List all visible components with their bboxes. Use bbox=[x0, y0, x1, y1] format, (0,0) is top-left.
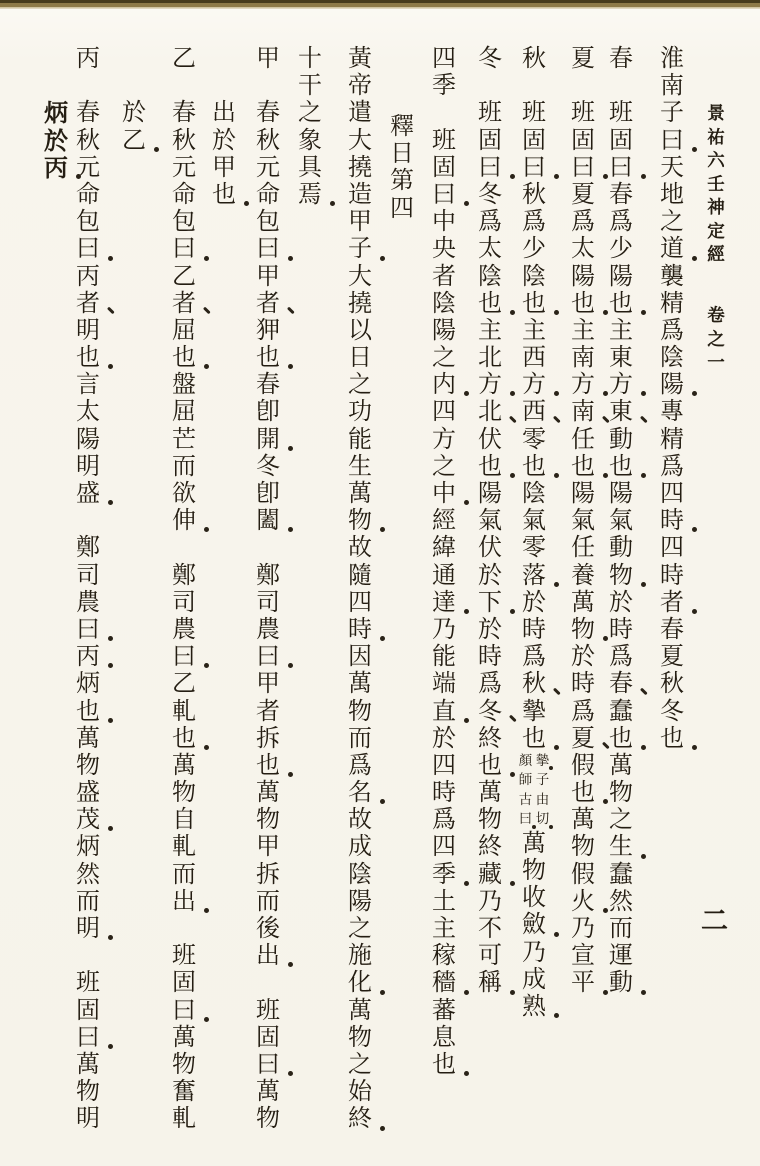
glyph: 太 bbox=[566, 235, 600, 262]
glyph: 然 bbox=[71, 861, 105, 888]
glyph: 曰 bbox=[566, 154, 600, 181]
glyph: 陽 bbox=[566, 480, 600, 507]
glyph: 物 bbox=[517, 857, 551, 884]
glyph: 萬 bbox=[251, 1078, 285, 1105]
glyph: 終 bbox=[473, 725, 507, 752]
reading-dot bbox=[288, 446, 293, 451]
reading-dot bbox=[510, 990, 515, 995]
glyph: 固 bbox=[566, 127, 600, 154]
glyph: 命 bbox=[251, 181, 285, 208]
glyph: 乙 bbox=[117, 127, 151, 154]
glyph: 而 bbox=[251, 888, 285, 915]
reading-dot bbox=[464, 391, 469, 396]
glyph: 時 bbox=[427, 779, 461, 806]
reading-dot bbox=[510, 609, 515, 614]
glyph: 生 bbox=[604, 833, 638, 860]
glyph: 後 bbox=[251, 915, 285, 942]
reading-comma bbox=[287, 307, 294, 314]
glyph: 也 bbox=[71, 344, 105, 371]
glyph: 子 bbox=[343, 235, 377, 262]
glyph: 物 bbox=[343, 1024, 377, 1051]
glyph: 南 bbox=[566, 344, 600, 371]
glyph: 之 bbox=[343, 1051, 377, 1078]
glyph: 曰 bbox=[167, 997, 201, 1024]
glyph: 陽 bbox=[343, 888, 377, 915]
glyph: 爲 bbox=[655, 453, 689, 480]
reading-dot bbox=[204, 908, 209, 913]
glyph: 時 bbox=[655, 507, 689, 534]
glyph: 由 bbox=[534, 791, 551, 811]
glyph: 終 bbox=[343, 1105, 377, 1132]
title-column: 景祐六壬神定經卷之一 bbox=[699, 103, 733, 376]
glyph: 曰 bbox=[167, 643, 201, 670]
glyph: 卷 bbox=[699, 305, 733, 329]
glyph: 秋 bbox=[251, 127, 285, 154]
glyph: 於 bbox=[517, 589, 551, 616]
glyph: 而 bbox=[167, 861, 201, 888]
glyph: 祐 bbox=[699, 127, 733, 151]
glyph: 陰 bbox=[427, 290, 461, 317]
glyph: 甲 bbox=[251, 833, 285, 860]
glyph: 茂 bbox=[71, 806, 105, 833]
glyph: 也 bbox=[473, 290, 507, 317]
glyph: 北 bbox=[473, 398, 507, 425]
column-autumn: 秋班固曰秋爲少陰也主西方西零也陰氣零落於時爲秋摰也摰子由切顏師古曰萬物收斂乃成熟 bbox=[517, 45, 551, 1020]
glyph: 中 bbox=[427, 208, 461, 235]
glyph: 日 bbox=[343, 344, 377, 371]
column-spring: 春班固曰春爲少陽也主東方東動也陽氣動物於時爲春蠢也萬物之生蠢然而運動 bbox=[604, 45, 638, 997]
glyph: 也 bbox=[251, 344, 285, 371]
glyph: 固 bbox=[604, 127, 638, 154]
glyph: 之 bbox=[343, 915, 377, 942]
glyph: 南 bbox=[655, 72, 689, 99]
glyph: 不 bbox=[473, 915, 507, 942]
reading-dot bbox=[380, 636, 385, 641]
reading-comma bbox=[509, 715, 516, 722]
column-gap bbox=[207, 45, 241, 99]
reading-dot bbox=[288, 663, 293, 668]
glyph: 於 bbox=[566, 643, 600, 670]
glyph: 熟 bbox=[517, 993, 551, 1020]
glyph: 氣 bbox=[604, 507, 638, 534]
column-huainanzi: 淮南子曰天地之道襲精爲陰陽專精爲四時四時者春夏秋冬也 bbox=[655, 45, 689, 752]
glyph: 曰 bbox=[655, 127, 689, 154]
glyph: 方 bbox=[566, 371, 600, 398]
glyph: 零 bbox=[517, 534, 551, 561]
column-gap bbox=[517, 72, 551, 99]
glyph: 於 bbox=[427, 725, 461, 752]
glyph: 央 bbox=[427, 235, 461, 262]
glyph: 班 bbox=[71, 969, 105, 996]
glyph: 撓 bbox=[343, 290, 377, 317]
glyph: 氣 bbox=[517, 507, 551, 534]
column-yi: 乙春秋元命包曰乙者屈也盤屈芒而欲伸鄭司農曰乙軋也萬物自軋而出班固曰萬物奮軋 bbox=[167, 45, 201, 1133]
gloss-right-line: 摰子由切 bbox=[534, 752, 551, 830]
glyph: 十 bbox=[293, 45, 327, 72]
glyph: 道 bbox=[655, 235, 689, 262]
glyph: 也 bbox=[517, 453, 551, 480]
glyph: 者 bbox=[251, 698, 285, 725]
reading-dot bbox=[464, 1071, 469, 1076]
glyph: 農 bbox=[251, 616, 285, 643]
column-gap bbox=[699, 268, 733, 306]
glyph: 春 bbox=[251, 99, 285, 126]
glyph: 明 bbox=[71, 915, 105, 942]
glyph: 物 bbox=[251, 806, 285, 833]
glyph: 曰 bbox=[71, 616, 105, 643]
glyph: 任 bbox=[566, 534, 600, 561]
glyph: 班 bbox=[167, 942, 201, 969]
glyph: 曰 bbox=[427, 181, 461, 208]
glyph: 軋 bbox=[167, 833, 201, 860]
glyph: 包 bbox=[167, 208, 201, 235]
glyph: 動 bbox=[604, 969, 638, 996]
column-gap bbox=[251, 969, 285, 996]
reading-dot bbox=[510, 391, 515, 396]
glyph: 乃 bbox=[566, 915, 600, 942]
glyph: 於 bbox=[473, 616, 507, 643]
glyph: 少 bbox=[517, 235, 551, 262]
glyph: 乃 bbox=[473, 888, 507, 915]
glyph: 夏 bbox=[566, 45, 600, 72]
glyph: 少 bbox=[604, 235, 638, 262]
reading-dot bbox=[510, 473, 515, 478]
glyph: 爲 bbox=[343, 752, 377, 779]
glyph: 蠢 bbox=[604, 861, 638, 888]
glyph: 造 bbox=[343, 181, 377, 208]
glyph: 平 bbox=[566, 969, 600, 996]
glyph: 神 bbox=[699, 197, 733, 221]
glyph: 地 bbox=[655, 181, 689, 208]
glyph: 欲 bbox=[167, 480, 201, 507]
glyph: 丙 bbox=[71, 263, 105, 290]
glyph: 時 bbox=[473, 643, 507, 670]
glyph: 命 bbox=[167, 181, 201, 208]
column-gap bbox=[473, 72, 507, 99]
column-gap bbox=[71, 942, 105, 969]
glyph: 於 bbox=[117, 99, 151, 126]
glyph: 冬 bbox=[473, 698, 507, 725]
reading-dot bbox=[380, 1126, 385, 1131]
glyph: 爲 bbox=[473, 208, 507, 235]
glyph: 季 bbox=[427, 861, 461, 888]
reading-dot bbox=[554, 1013, 559, 1018]
column-gap bbox=[167, 915, 201, 942]
reading-dot bbox=[510, 310, 515, 315]
glyph: 開 bbox=[251, 426, 285, 453]
glyph: 也 bbox=[566, 290, 600, 317]
glyph: 西 bbox=[517, 398, 551, 425]
glyph: 名 bbox=[343, 779, 377, 806]
glyph: 曰 bbox=[604, 154, 638, 181]
column-gap bbox=[251, 72, 285, 99]
column-jia-continuation: 出於甲也 bbox=[207, 45, 241, 208]
glyph: 物 bbox=[473, 806, 507, 833]
glyph: 於 bbox=[207, 127, 241, 154]
glyph: 固 bbox=[167, 969, 201, 996]
reading-dot bbox=[464, 718, 469, 723]
glyph: 明 bbox=[71, 1105, 105, 1132]
glyph: 生 bbox=[343, 453, 377, 480]
reading-dot bbox=[554, 745, 559, 750]
glyph: 中 bbox=[427, 480, 461, 507]
column-bing: 丙春秋元命包曰丙者明也言太陽明盛鄭司農曰丙炳也萬物盛茂炳然而明班固曰萬物明 bbox=[71, 45, 105, 1133]
glyph: 春 bbox=[604, 181, 638, 208]
glyph: 甲 bbox=[251, 670, 285, 697]
column-ten-stems: 十干之象具焉 bbox=[293, 45, 327, 208]
glyph: 下 bbox=[473, 589, 507, 616]
reading-dot bbox=[108, 826, 113, 831]
glyph: 也 bbox=[473, 453, 507, 480]
glyph: 太 bbox=[71, 398, 105, 425]
reading-dot bbox=[510, 772, 515, 777]
glyph: 第 bbox=[385, 167, 419, 194]
glyph: 也 bbox=[566, 779, 600, 806]
glyph: 而 bbox=[343, 725, 377, 752]
glyph: 包 bbox=[71, 208, 105, 235]
reading-dot bbox=[380, 990, 385, 995]
glyph: 子 bbox=[534, 771, 551, 791]
glyph: 固 bbox=[71, 997, 105, 1024]
reading-dot bbox=[464, 500, 469, 505]
glyph: 曰 bbox=[71, 1024, 105, 1051]
glyph: 萬 bbox=[71, 1051, 105, 1078]
glyph: 大 bbox=[343, 263, 377, 290]
glyph: 日 bbox=[385, 140, 419, 167]
glyph: 隨 bbox=[343, 562, 377, 589]
glyph: 者 bbox=[427, 263, 461, 290]
glyph: 主 bbox=[604, 317, 638, 344]
column-gap bbox=[427, 99, 461, 126]
column-gap bbox=[71, 72, 105, 99]
reading-dot bbox=[692, 527, 697, 532]
glyph: 包 bbox=[251, 208, 285, 235]
reading-dot bbox=[692, 256, 697, 261]
glyph: 奮 bbox=[167, 1078, 201, 1105]
glyph: 屈 bbox=[167, 398, 201, 425]
reading-dot bbox=[692, 609, 697, 614]
glyph: 秋 bbox=[655, 670, 689, 697]
glyph: 芒 bbox=[167, 426, 201, 453]
glyph: 能 bbox=[343, 426, 377, 453]
glyph: 因 bbox=[343, 643, 377, 670]
glyph: 大 bbox=[343, 127, 377, 154]
reading-dot bbox=[330, 201, 335, 206]
glyph: 甲 bbox=[343, 208, 377, 235]
glyph: 以 bbox=[343, 317, 377, 344]
glyph: 南 bbox=[566, 398, 600, 425]
reading-dot bbox=[603, 473, 608, 478]
glyph: 稱 bbox=[473, 969, 507, 996]
reading-comma bbox=[553, 416, 560, 423]
glyph: 爲 bbox=[604, 643, 638, 670]
glyph: 收 bbox=[517, 884, 551, 911]
glyph: 鄭 bbox=[251, 562, 285, 589]
glyph: 之 bbox=[343, 371, 377, 398]
glyph: 伏 bbox=[473, 534, 507, 561]
glyph: 也 bbox=[566, 453, 600, 480]
reading-comma bbox=[107, 307, 114, 314]
glyph: 乙 bbox=[167, 670, 201, 697]
glyph: 釋 bbox=[385, 113, 419, 140]
glyph: 假 bbox=[566, 861, 600, 888]
reading-dot bbox=[554, 391, 559, 396]
glyph: 季 bbox=[427, 72, 461, 99]
column-gap bbox=[566, 72, 600, 99]
glyph: 主 bbox=[473, 317, 507, 344]
glyph: 卽 bbox=[251, 398, 285, 425]
reading-dot bbox=[464, 990, 469, 995]
reading-comma bbox=[640, 416, 647, 423]
reading-dot bbox=[108, 256, 113, 261]
column-four-seasons: 四季班固曰中央者陰陽之内四方之中經緯通達乃能端直於四時爲四季土主稼穡蕃息也 bbox=[427, 45, 461, 1078]
glyph: 者 bbox=[71, 290, 105, 317]
reading-dot bbox=[204, 745, 209, 750]
glyph: 秋 bbox=[167, 127, 201, 154]
column-gap bbox=[167, 72, 201, 99]
glyph: 切 bbox=[534, 810, 551, 830]
glyph: 屈 bbox=[167, 317, 201, 344]
glyph: 氣 bbox=[473, 507, 507, 534]
glyph: 之 bbox=[427, 344, 461, 371]
glyph: 物 bbox=[167, 779, 201, 806]
reading-dot bbox=[154, 147, 159, 152]
reading-dot bbox=[380, 799, 385, 804]
glyph: 爲 bbox=[566, 208, 600, 235]
reading-dot bbox=[641, 391, 646, 396]
glyph: 襲 bbox=[655, 263, 689, 290]
column-summer: 夏班固曰夏爲太陽也主南方南任也陽氣任養萬物於時爲夏假也萬物假火乃宣平 bbox=[566, 45, 600, 997]
glyph: 時 bbox=[604, 616, 638, 643]
glyph: 焉 bbox=[293, 181, 327, 208]
reading-dot bbox=[108, 663, 113, 668]
glyph: 陽 bbox=[566, 263, 600, 290]
glyph: 故 bbox=[343, 806, 377, 833]
glyph: 北 bbox=[473, 344, 507, 371]
glyph: 爲 bbox=[517, 643, 551, 670]
glyph: 之 bbox=[604, 806, 638, 833]
glyph: 時 bbox=[655, 562, 689, 589]
glyph: 而 bbox=[167, 453, 201, 480]
glyph: 主 bbox=[427, 915, 461, 942]
reading-dot bbox=[554, 473, 559, 478]
glyph: 零 bbox=[517, 426, 551, 453]
glyph: 陰 bbox=[655, 344, 689, 371]
glyph: 乃 bbox=[517, 939, 551, 966]
glyph: 爲 bbox=[427, 806, 461, 833]
glyph: 夏 bbox=[566, 181, 600, 208]
glyph: 冬 bbox=[251, 453, 285, 480]
glyph: 命 bbox=[71, 181, 105, 208]
glyph: 乃 bbox=[427, 616, 461, 643]
glyph: 火 bbox=[566, 888, 600, 915]
reading-dot bbox=[288, 962, 293, 967]
glyph: 方 bbox=[473, 371, 507, 398]
glyph: 摰 bbox=[534, 752, 551, 772]
reading-dot bbox=[204, 256, 209, 261]
glyph: 班 bbox=[473, 99, 507, 126]
glyph: 時 bbox=[343, 616, 377, 643]
glyph: 曰 bbox=[473, 154, 507, 181]
glyph: 物 bbox=[604, 562, 638, 589]
glyph: 曰 bbox=[251, 643, 285, 670]
glyph: 也 bbox=[473, 752, 507, 779]
glyph: 盛 bbox=[71, 480, 105, 507]
glyph: 也 bbox=[207, 181, 241, 208]
reading-dot bbox=[554, 174, 559, 179]
glyph: 始 bbox=[343, 1078, 377, 1105]
reading-dot bbox=[641, 473, 646, 478]
reading-dot bbox=[108, 364, 113, 369]
reading-dot bbox=[464, 201, 469, 206]
glyph: 曰 bbox=[517, 810, 534, 830]
glyph: 萬 bbox=[343, 997, 377, 1024]
glyph: 陽 bbox=[604, 263, 638, 290]
inline-gloss-annotation: 摰子由切顏師古曰 bbox=[517, 752, 551, 830]
glyph: 萬 bbox=[343, 670, 377, 697]
glyph: 四 bbox=[655, 534, 689, 561]
glyph: 冬 bbox=[473, 181, 507, 208]
glyph: 闔 bbox=[251, 507, 285, 534]
glyph: 伏 bbox=[473, 426, 507, 453]
glyph: 六 bbox=[699, 150, 733, 174]
glyph: 方 bbox=[604, 371, 638, 398]
reading-dot bbox=[76, 174, 81, 179]
glyph: 動 bbox=[604, 426, 638, 453]
glyph: 主 bbox=[517, 317, 551, 344]
glyph: 四 bbox=[427, 833, 461, 860]
reading-dot bbox=[108, 1044, 113, 1049]
glyph: 也 bbox=[655, 725, 689, 752]
glyph: 帝 bbox=[343, 72, 377, 99]
glyph: 遣 bbox=[343, 99, 377, 126]
glyph: 象 bbox=[293, 127, 327, 154]
glyph: 鄭 bbox=[167, 562, 201, 589]
glyph: 撓 bbox=[343, 154, 377, 181]
glyph: 具 bbox=[293, 154, 327, 181]
glyph: 明 bbox=[71, 317, 105, 344]
glyph: 固 bbox=[473, 127, 507, 154]
glyph: 假 bbox=[566, 752, 600, 779]
glyph: 東 bbox=[604, 344, 638, 371]
glyph: 卽 bbox=[251, 480, 285, 507]
column-huangdi: 黃帝遣大撓造甲子大撓以日之功能生萬物故隨四時因萬物而爲名故成陰陽之施化萬物之始終 bbox=[343, 45, 377, 1133]
glyph: 景 bbox=[699, 103, 733, 127]
glyph: 春 bbox=[655, 616, 689, 643]
glyph: 能 bbox=[427, 643, 461, 670]
glyph: 落 bbox=[517, 562, 551, 589]
glyph: 炳 bbox=[39, 99, 73, 126]
glyph: 直 bbox=[427, 698, 461, 725]
glyph: 夏 bbox=[566, 725, 600, 752]
glyph: 班 bbox=[517, 99, 551, 126]
column-section-title: 釋日第四 bbox=[385, 45, 419, 222]
gloss-left-line: 顏師古曰 bbox=[517, 752, 534, 830]
glyph: 穡 bbox=[427, 969, 461, 996]
glyph: 萬 bbox=[167, 752, 201, 779]
glyph: 甲 bbox=[251, 45, 285, 72]
column-gap bbox=[251, 534, 285, 561]
glyph: 顏 bbox=[517, 752, 534, 772]
column-gap bbox=[117, 45, 151, 99]
reading-dot bbox=[380, 256, 385, 261]
glyph: 四 bbox=[385, 195, 419, 222]
glyph: 陽 bbox=[427, 317, 461, 344]
glyph: 然 bbox=[604, 888, 638, 915]
column-gap bbox=[71, 507, 105, 534]
column-winter: 冬班固曰冬爲太陰也主北方北伏也陽氣伏於下於時爲冬終也萬物終藏乃不可稱 bbox=[473, 45, 507, 997]
glyph: 四 bbox=[427, 752, 461, 779]
